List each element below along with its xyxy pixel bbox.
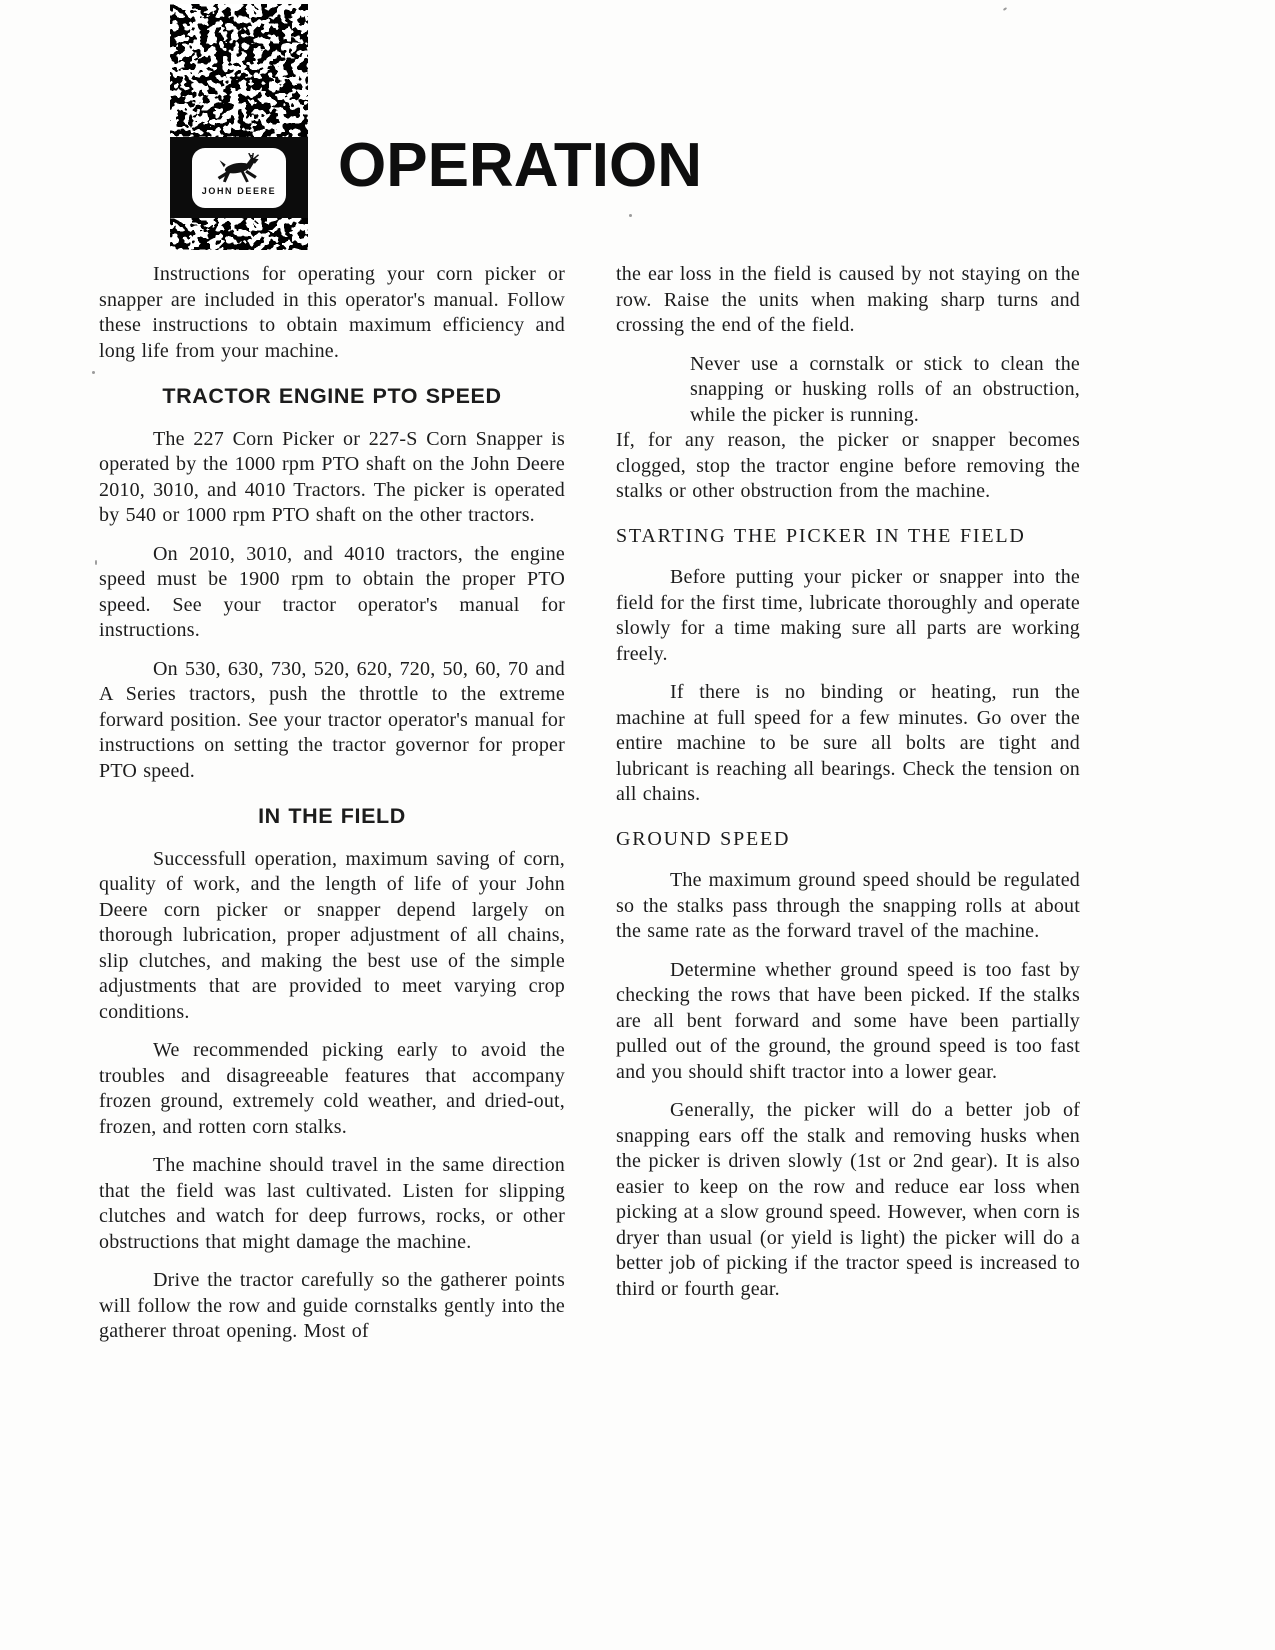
paragraph-intro: Instructions for operating your corn pic…: [99, 262, 565, 364]
paragraph-pto-3: On 530, 630, 730, 520, 620, 720, 50, 60,…: [99, 657, 565, 785]
heading-starting-the-picker: STARTING THE PICKER IN THE FIELD: [616, 524, 1080, 550]
paragraph-ground-1: The maximum ground speed should be regul…: [616, 868, 1080, 945]
right-column: the ear loss in the field is caused by n…: [616, 262, 1080, 1315]
paragraph-field-3: The machine should travel in the same di…: [99, 1153, 565, 1255]
scan-speck: [95, 560, 97, 565]
paragraph-ground-2: Determine whether ground speed is too fa…: [616, 958, 1080, 1086]
header-image: JOHN DEERE: [170, 4, 308, 250]
paragraph-pto-1: The 227 Corn Picker or 227-S Corn Snappe…: [99, 427, 565, 529]
paragraph-caution-indent: Never use a cornstalk or stick to clean …: [690, 352, 1080, 429]
john-deere-wordmark: JOHN DEERE: [202, 186, 277, 196]
john-deere-logo-band: JOHN DEERE: [170, 137, 308, 218]
corn-kernel-texture-top: [170, 4, 308, 137]
scan-speck: [1003, 7, 1007, 11]
paragraph-field-4: Drive the tractor carefully so the gathe…: [99, 1268, 565, 1345]
left-column: Instructions for operating your corn pic…: [99, 262, 565, 1358]
corn-kernel-texture-bottom: [170, 218, 308, 250]
scan-speck: [92, 371, 95, 374]
paragraph-field-1: Successfull operation, maximum saving of…: [99, 847, 565, 1026]
paragraph-starting-1: Before putting your picker or snapper in…: [616, 565, 1080, 667]
heading-tractor-engine-pto-speed: TRACTOR ENGINE PTO SPEED: [99, 384, 565, 410]
john-deere-logo: JOHN DEERE: [192, 148, 286, 208]
heading-ground-speed: GROUND SPEED: [616, 827, 1080, 853]
paragraph-caution-rest: If, for any reason, the picker or snappe…: [616, 428, 1080, 505]
paragraph-field-2: We recommended picking early to avoid th…: [99, 1038, 565, 1140]
paragraph-ground-3: Generally, the picker will do a better j…: [616, 1098, 1080, 1302]
manual-page: JOHN DEERE OPERATION Instructions for op…: [0, 0, 1275, 1650]
paragraph-ear-loss: the ear loss in the field is caused by n…: [616, 262, 1080, 339]
paragraph-pto-2: On 2010, 3010, and 4010 tractors, the en…: [99, 542, 565, 644]
page-title: OPERATION: [338, 130, 702, 201]
paragraph-starting-2: If there is no binding or heating, run t…: [616, 680, 1080, 808]
scan-speck: [629, 214, 632, 217]
heading-in-the-field: IN THE FIELD: [99, 804, 565, 830]
leaping-deer-icon: [210, 153, 268, 185]
